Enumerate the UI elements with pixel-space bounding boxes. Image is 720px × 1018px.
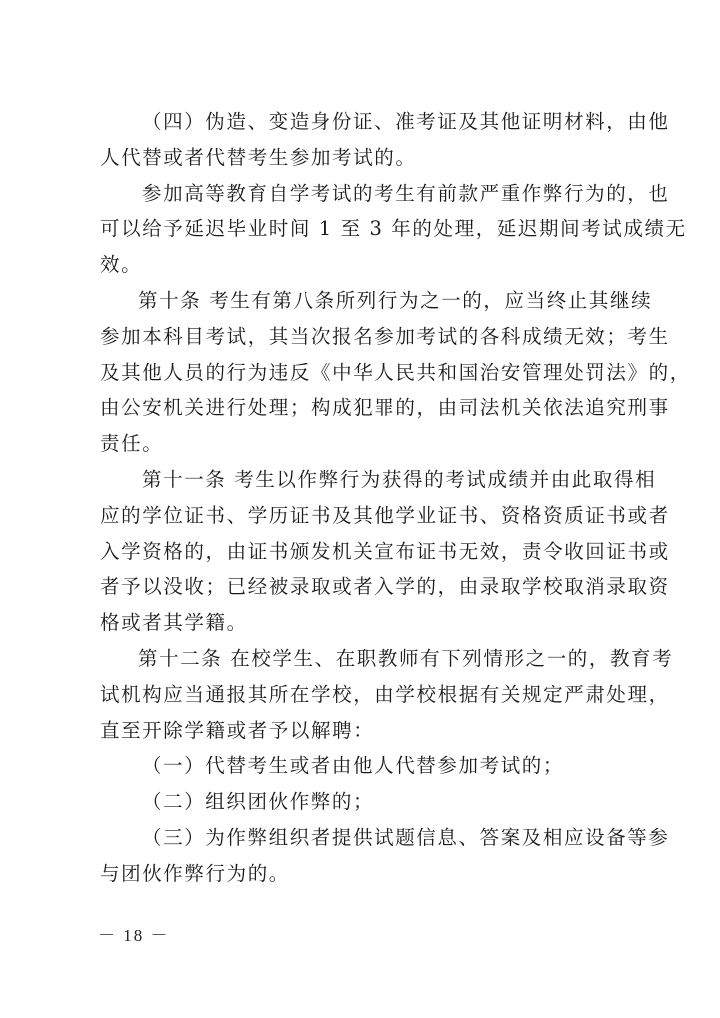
text-line: 格或者其学籍。 (100, 605, 622, 641)
list-item-line: （三）为作弊组织者提供试题信息、答案及相应设备等参 (100, 820, 622, 856)
text-line: 效。 (100, 247, 622, 283)
document-page: （四）伪造、变造身份证、准考证及其他证明材料，由他 人代替或者代替考生参加考试的… (0, 0, 720, 1018)
text-line: 人代替或者代替考生参加考试的。 (100, 140, 622, 176)
text-line: 参加高等教育自学考试的考生有前款严重作弊行为的，也 (100, 176, 622, 212)
document-body: （四）伪造、变造身份证、准考证及其他证明材料，由他 人代替或者代替考生参加考试的… (100, 104, 622, 892)
text-line: 试机构应当通报其所在学校，由学校根据有关规定严肃处理， (100, 677, 622, 713)
article-12-heading-line: 第十二条 在校学生、在职教师有下列情形之一的，教育考 (100, 641, 622, 677)
text-line: 直至开除学籍或者予以解聘： (100, 713, 622, 749)
text-line: 及其他人员的行为违反《中华人民共和国治安管理处罚法》的， (100, 355, 622, 391)
text-line: 与团伙作弊行为的。 (100, 856, 622, 892)
text-line: 由公安机关进行处理；构成犯罪的，由司法机关依法追究刑事 (100, 390, 622, 426)
text-line: 应的学位证书、学历证书及其他学业证书、资格资质证书或者 (100, 498, 622, 534)
article-10-heading-line: 第十条 考生有第八条所列行为之一的，应当终止其继续 (100, 283, 622, 319)
text-line: 参加本科目考试，其当次报名参加考试的各科成绩无效；考生 (100, 319, 622, 355)
list-item-line: （二）组织团伙作弊的； (100, 784, 622, 820)
text-line: 责任。 (100, 426, 622, 462)
text-line: 者予以没收；已经被录取或者入学的，由录取学校取消录取资 (100, 569, 622, 605)
article-11-heading-line: 第十一条 考生以作弊行为获得的考试成绩并由此取得相 (100, 462, 622, 498)
text-line: 入学资格的，由证书颁发机关宣布证书无效，责令收回证书或 (100, 534, 622, 570)
text-line: 可以给予延迟毕业时间 1 至 3 年的处理，延迟期间考试成绩无 (100, 211, 622, 247)
list-item-line: （一）代替考生或者由他人代替参加考试的； (100, 748, 622, 784)
text-line: （四）伪造、变造身份证、准考证及其他证明材料，由他 (100, 104, 622, 140)
page-number: － 18 － (98, 921, 170, 946)
